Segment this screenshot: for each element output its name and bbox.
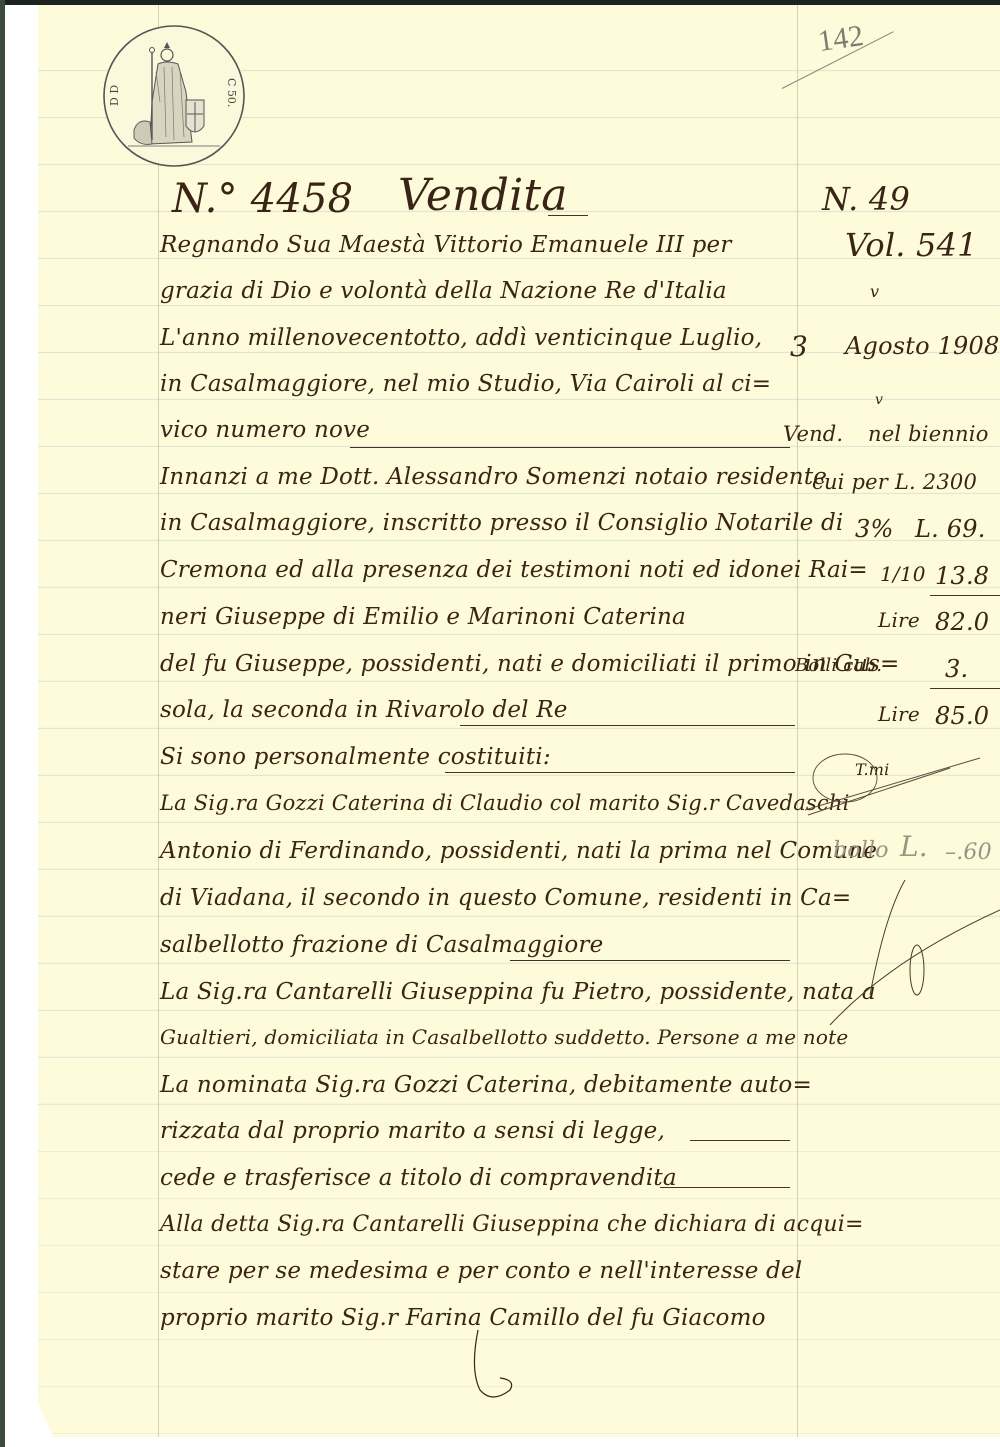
pencil-page-number: 142 [816,19,866,59]
margin-tenth-label: 1/10 [880,562,926,586]
margin-subtotal: 82.0 [935,608,989,636]
margin-sale-label: Vend. [783,422,843,446]
body-line-22: Alla detta Sig.ra Cantarelli Giuseppina … [160,1212,864,1237]
margin-total-label: Lire [878,702,920,726]
body-line-19: La nominata Sig.ra Gozzi Caterina, debit… [160,1072,812,1098]
line-filler-rule [460,725,795,726]
body-line-6: Innanzi a me Dott. Alessandro Somenzi no… [160,464,827,490]
body-line-16: salbellotto frazione di Casalmaggiore [160,932,603,958]
margin-total: 85.0 [935,702,989,730]
line-filler-rule [350,447,790,448]
body-line-17: La Sig.ra Cantarelli Giuseppina fu Pietr… [160,979,876,1005]
left-margin-rule [158,5,159,1437]
sum-rule [930,595,1000,596]
total-rule [930,688,1000,689]
body-line-5: vico numero nove [160,417,370,443]
deed-number: N.° 4458 [172,176,353,222]
margin-volume: Vol. 541 [845,226,978,264]
margin-stamp-fee-label: Bolli cab. [795,655,882,676]
line-filler-rule [660,1187,790,1188]
margin-check-2: v [875,392,883,408]
line-filler-rule [445,772,795,773]
margin-tax-amount: L. 69. [915,515,986,543]
body-line-7: in Casalmaggiore, inscritto presso il Co… [160,510,843,536]
body-line-18: Gualtieri, domiciliata in Casalbellotto … [160,1025,848,1049]
body-line-10: del fu Giuseppe, possidenti, nati e domi… [160,651,899,677]
body-line-9: neri Giuseppe di Emilio e Marinoni Cater… [160,604,686,630]
margin-biennium: nel biennio [868,422,989,446]
margin-clerk-initials: T.mi [855,760,890,779]
signature-descender [470,1330,530,1410]
body-line-4: in Casalmaggiore, nel mio Studio, Via Ca… [160,371,771,397]
italia-stamp-icon: D D C 50. [100,22,248,170]
margin-flourish [800,880,1000,1030]
svg-text:C 50.: C 50. [225,78,238,107]
body-line-13: La Sig.ra Gozzi Caterina di Claudio col … [160,791,850,815]
body-line-24: proprio marito Sig.r Farina Camillo del … [160,1305,766,1331]
clerk-initials-signature [800,740,1000,820]
svg-text:D D: D D [108,85,121,106]
margin-tenth-amount: 13.8 [935,562,989,590]
body-line-23: stare per se medesima e per conto e nell… [160,1258,802,1284]
body-line-3: L'anno millenovecentotto, addì venticinq… [160,325,762,351]
body-line-14: Antonio di Ferdinando, possidenti, nati … [160,838,877,864]
body-line-21: cede e trasferisce a titolo di compraven… [160,1165,677,1191]
margin-date: Agosto 1908 [845,332,999,360]
scan-frame-top [0,0,1000,5]
margin-day: 3 [790,330,808,363]
margin-tax-rate: 3% [855,515,893,543]
margin-registration-number: N. 49 [822,180,910,218]
body-line-15: di Viadana, il secondo in questo Comune,… [160,885,851,911]
body-line-11: sola, la seconda in Rivarolo del Re [160,697,568,723]
margin-price: cui per L. 2300 [812,470,977,494]
body-line-2: grazia di Dio e volontà della Nazione Re… [160,278,727,304]
line-filler-rule [690,1140,790,1141]
margin-stamp-fee: 3. [945,655,968,683]
revenue-stamp: D D C 50. [100,22,248,170]
margin-bollo-currency: L. [900,830,928,863]
line-filler-rule [510,960,790,961]
margin-subtotal-label: Lire [878,608,920,632]
body-line-1: Regnando Sua Maestà Vittorio Emanuele II… [160,232,732,258]
body-line-20: rizzata dal proprio marito a sensi di le… [160,1118,665,1144]
margin-bollo-label: bollo [833,838,889,863]
deed-title: Vendita [398,170,568,221]
body-line-8: Cremona ed alla presenza dei testimoni n… [160,557,868,583]
body-line-12: Si sono personalmente costituiti: [160,744,551,770]
margin-bollo-value: –.60 [945,840,992,865]
margin-check-1: v [870,282,879,301]
scan-frame-left [0,0,5,1447]
title-dash [548,215,588,216]
